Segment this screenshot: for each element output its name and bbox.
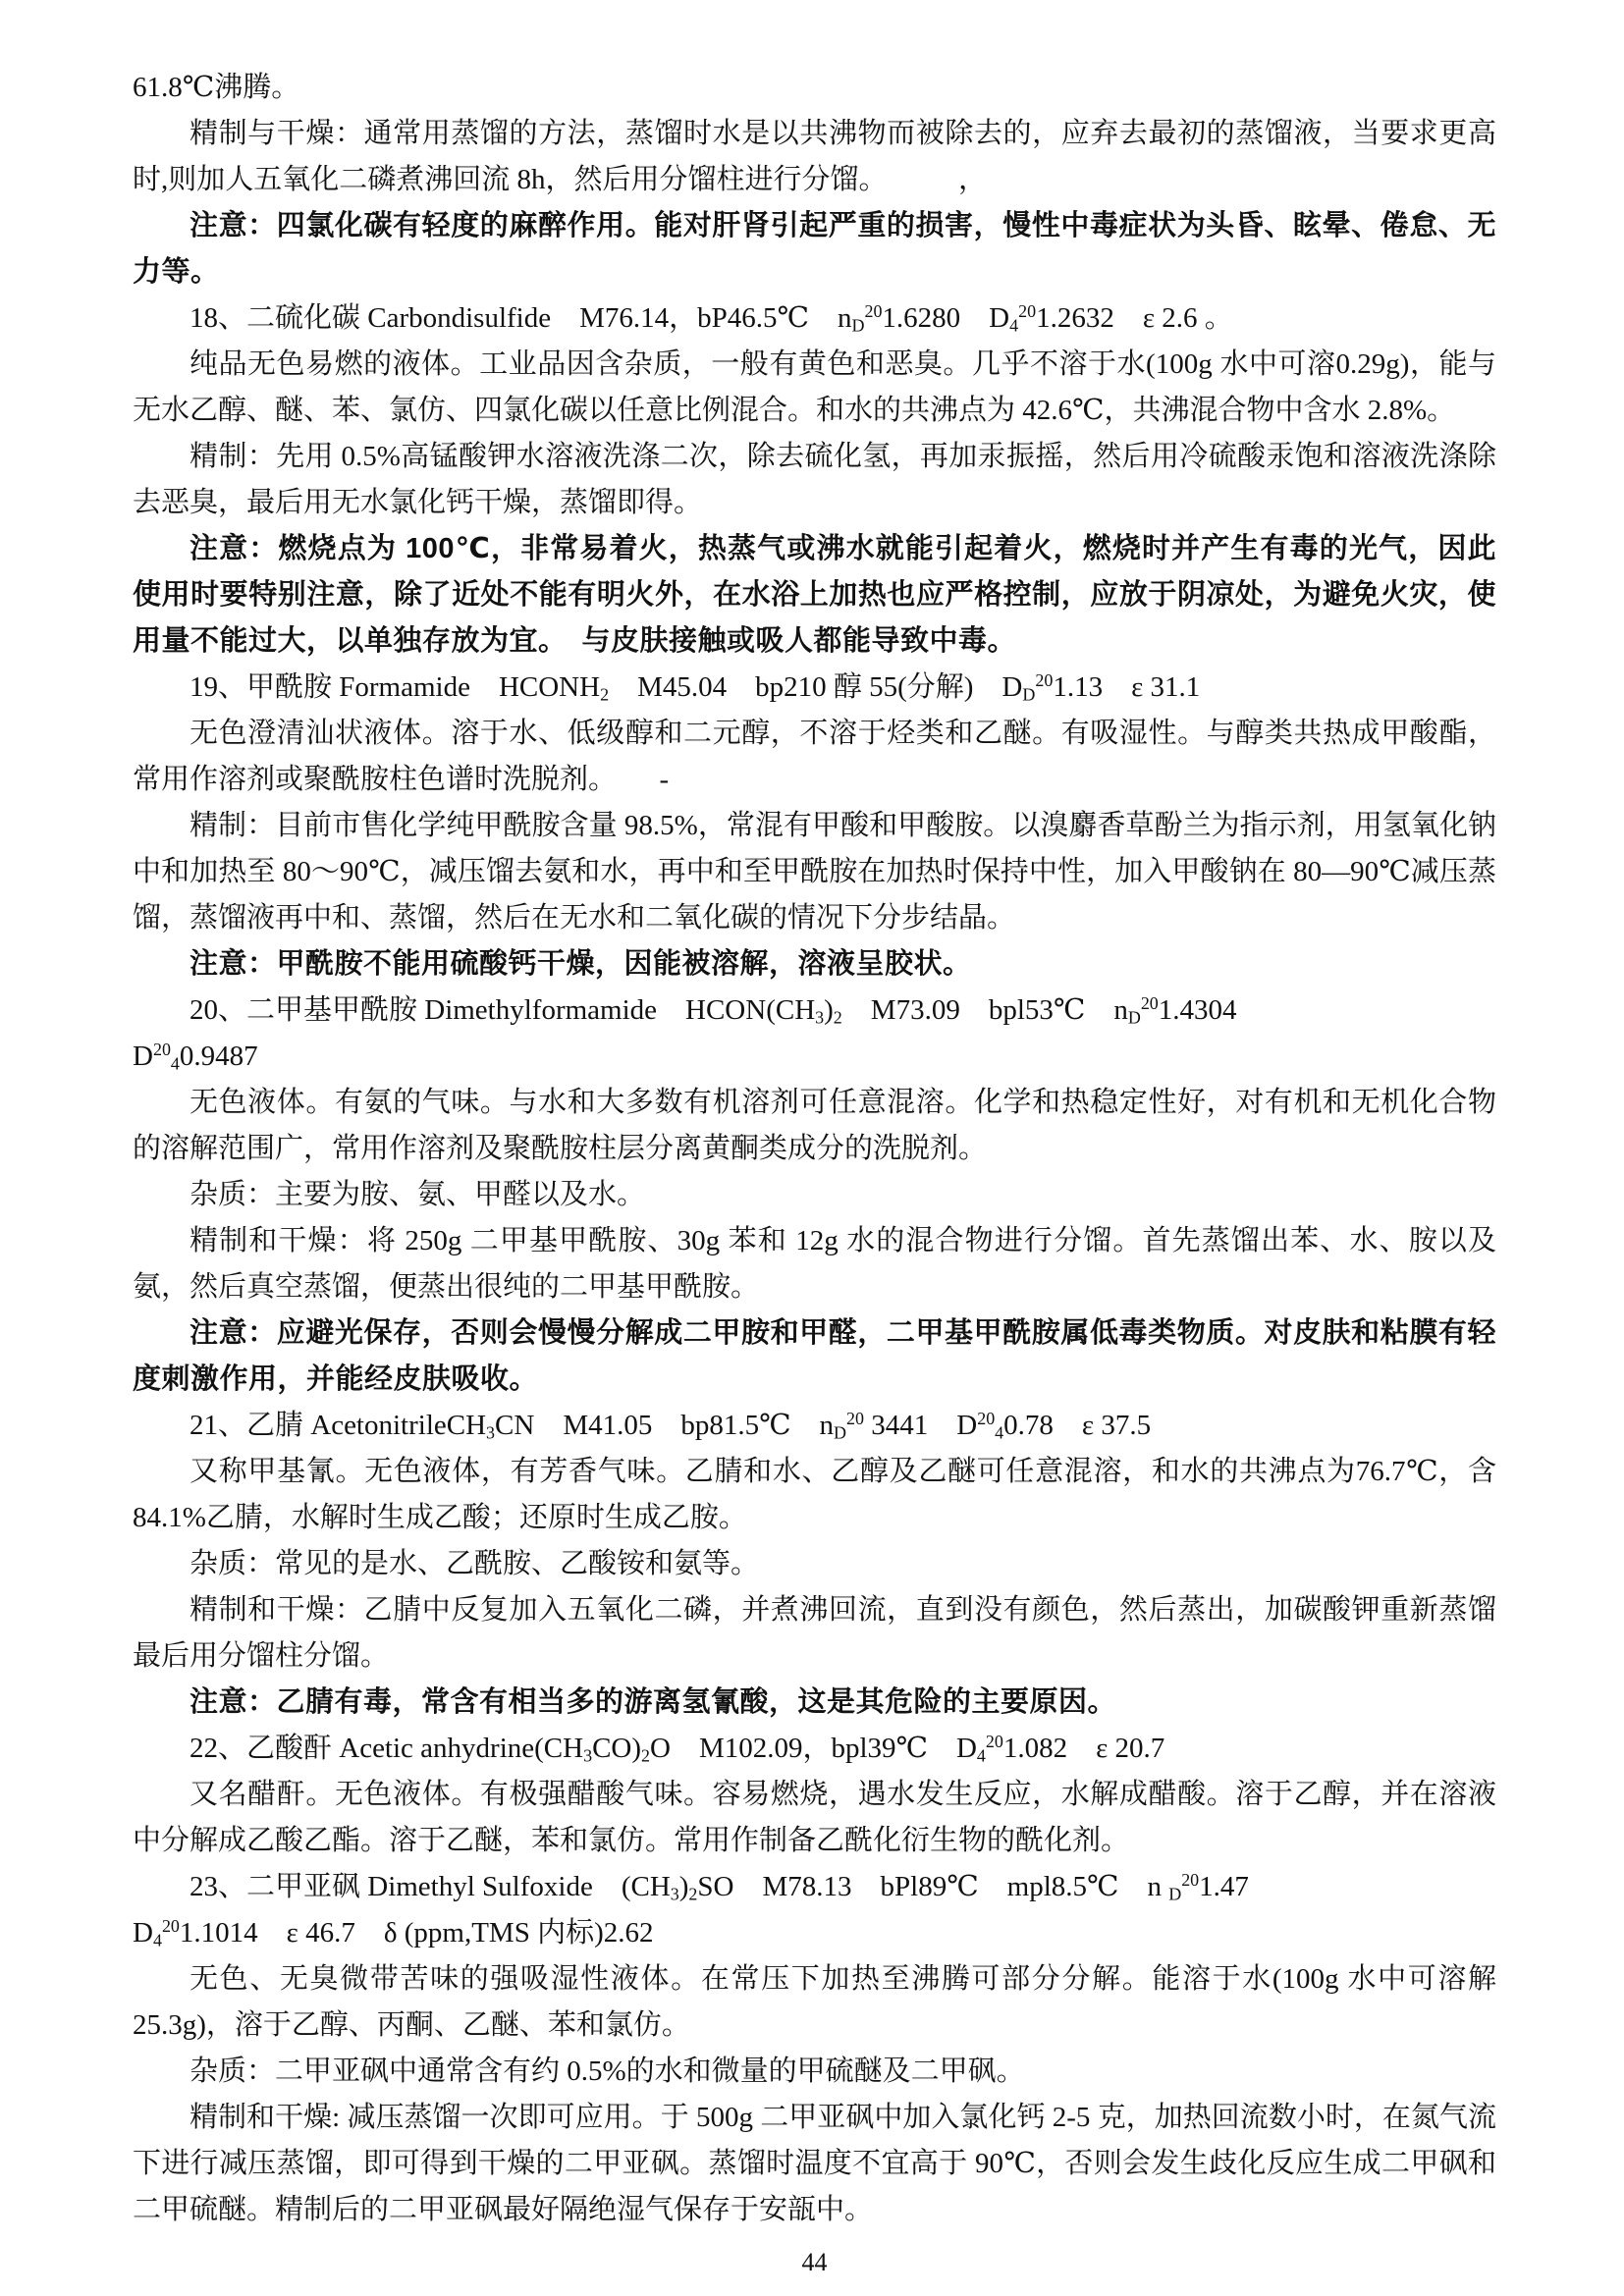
para-acetic-anhydride-properties: 又名醋酐。无色液体。有极强醋酸气味。容易燃烧，遇水发生反应，水解成醋酸。溶于乙醇… <box>133 1772 1496 1864</box>
page-number: 44 <box>133 2243 1496 2282</box>
para-dmf-refine-dry: 精制和干燥：将 250g 二甲基甲酰胺、30g 苯和 12g 水的混合物进行分馏… <box>133 1218 1496 1310</box>
heading-23-dimethyl-sulfoxide: 23、二甲亚砜 Dimethyl Sulfoxide (CH3)2SO M78.… <box>133 1864 1496 1910</box>
para-boiling-continuation: 61.8℃沸腾。 <box>133 65 1496 111</box>
note-acetonitrile-toxicity: 注意：乙腈有毒，常含有相当多的游离氢氰酸，这是其危险的主要原因。 <box>133 1680 1496 1726</box>
note-dmf-storage: 注意：应避光保存，否则会慢慢分解成二甲胺和甲醛，二甲基甲酰胺属低毒类物质。对皮肤… <box>133 1310 1496 1403</box>
heading-20-density-continuation: D2040.9487 <box>133 1034 1496 1080</box>
note-ccl4-toxicity: 注意：四氯化碳有轻度的麻醉作用。能对肝肾引起严重的损害，慢性中毒症状为头昏、眩晕… <box>133 203 1496 295</box>
heading-19-formamide: 19、甲酰胺 Formamide HCONH2 M45.04 bp210 醇 5… <box>133 665 1496 711</box>
para-formamide-refine: 精制：目前市售化学纯甲酰胺含量 98.5%，常混有甲酸和甲酸胺。以溴麝香草酚兰为… <box>133 803 1496 941</box>
para-cs2-properties: 纯品无色易燃的液体。工业品因含杂质，一般有黄色和恶臭。几乎不溶于水(100g 水… <box>133 342 1496 434</box>
para-dmso-properties: 无色、无臭微带苦味的强吸湿性液体。在常压下加热至沸腾可部分分解。能溶于水(100… <box>133 1956 1496 2049</box>
heading-23-density-continuation: D4201.1014 ε 46.7 δ (ppm,TMS 内标)2.62 <box>133 1910 1496 1956</box>
note-formamide-drying: 注意：甲酰胺不能用硫酸钙干燥，因能被溶解，溶液呈胶状。 <box>133 941 1496 988</box>
document-body: 61.8℃沸腾。精制与干燥：通常用蒸馏的方法，蒸馏时水是以共沸物而被除去的，应弃… <box>133 65 1496 2233</box>
heading-21-acetonitrile: 21、乙腈 AcetonitrileCH3CN M41.05 bp81.5℃ n… <box>133 1403 1496 1449</box>
para-dmf-properties: 无色液体。有氨的气味。与水和大多数有机溶剂可任意混溶。化学和热稳定性好，对有机和… <box>133 1080 1496 1172</box>
heading-20-dimethylformamide: 20、二甲基甲酰胺 Dimethylformamide HCON(CH3)2 M… <box>133 988 1496 1034</box>
para-dmf-impurities: 杂质：主要为胺、氨、甲醛以及水。 <box>133 1172 1496 1218</box>
para-formamide-properties: 无色澄清汕状液体。溶于水、低级醇和二元醇，不溶于烃类和乙醚。有吸湿性。与醇类共热… <box>133 711 1496 803</box>
para-dmso-refine-dry: 精制和干燥: 减压蒸馏一次即可应用。于 500g 二甲亚砜中加入氯化钙 2-5 … <box>133 2095 1496 2233</box>
heading-18-carbon-disulfide: 18、二硫化碳 Carbondisulfide M76.14，bP46.5℃ n… <box>133 295 1496 342</box>
heading-22-acetic-anhydride: 22、乙酸酐 Acetic anhydrine(CH3CO)2O M102.09… <box>133 1726 1496 1772</box>
note-cs2-flammability: 注意：燃烧点为 100℃，非常易着火，热蒸气或沸水就能引起着火，燃烧时并产生有毒… <box>133 526 1496 665</box>
document-page: 61.8℃沸腾。精制与干燥：通常用蒸馏的方法，蒸馏时水是以共沸物而被除去的，应弃… <box>0 0 1624 2296</box>
para-ccl4-refine-dry: 精制与干燥：通常用蒸馏的方法，蒸馏时水是以共沸物而被除去的，应弃去最初的蒸馏液，… <box>133 111 1496 203</box>
para-dmso-impurities: 杂质：二甲亚砜中通常含有约 0.5%的水和微量的甲硫醚及二甲砜。 <box>133 2049 1496 2095</box>
para-cs2-refine: 精制：先用 0.5%高锰酸钾水溶液洗涤二次，除去硫化氢，再加汞振摇，然后用冷硫酸… <box>133 434 1496 526</box>
para-acetonitrile-impurities: 杂质：常见的是水、乙酰胺、乙酸铵和氨等。 <box>133 1541 1496 1587</box>
para-acetonitrile-properties: 又称甲基氰。无色液体，有芳香气味。乙腈和水、乙醇及乙醚可任意混溶，和水的共沸点为… <box>133 1449 1496 1541</box>
para-acetonitrile-refine-dry: 精制和干燥：乙腈中反复加入五氧化二磷，并煮沸回流，直到没有颜色，然后蒸出，加碳酸… <box>133 1587 1496 1680</box>
